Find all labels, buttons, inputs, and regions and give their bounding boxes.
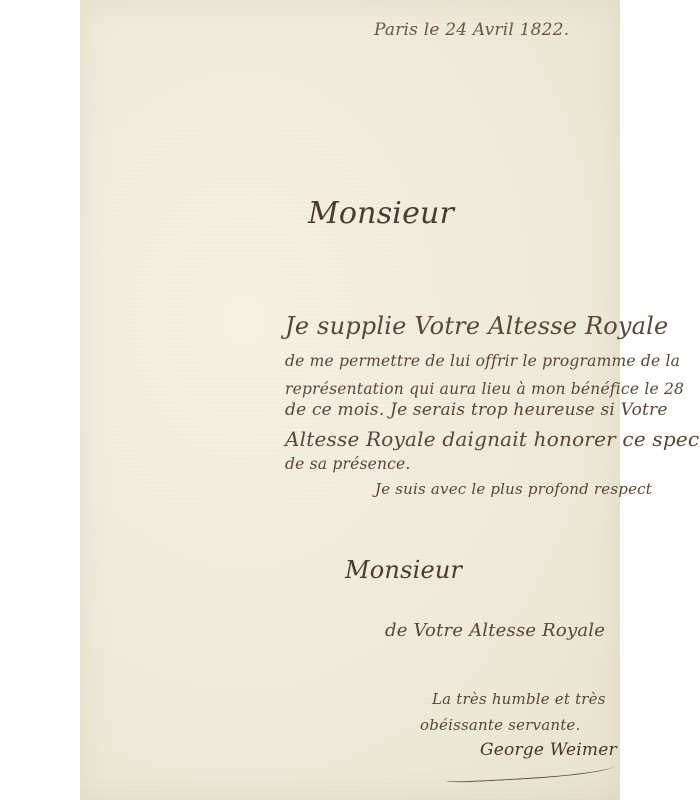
- signature-flourish: [445, 760, 616, 784]
- letter-paper: Paris le 24 Avril 1822. Monsieur Je supp…: [80, 0, 620, 800]
- body-line-2: de me permettre de lui offrir le program…: [285, 352, 680, 370]
- humble-line-1: La très humble et très: [432, 690, 606, 708]
- body-line-6: de sa présence.: [285, 455, 411, 473]
- salutation-repeat: Monsieur: [345, 556, 462, 584]
- humble-line-2: obéissante servante.: [420, 716, 580, 734]
- body-line-5: Altesse Royale daignait honorer ce spect…: [285, 427, 700, 451]
- salutation: Monsieur: [308, 196, 454, 231]
- signature: George Weimer: [480, 740, 617, 760]
- body-line-3: représentation qui aura lieu à mon bénéf…: [285, 380, 684, 398]
- address-line: de Votre Altesse Royale: [385, 620, 605, 641]
- closing-line: Je suis avec le plus profond respect: [375, 480, 652, 498]
- body-line-4: de ce mois. Je serais trop heureuse si V…: [285, 400, 668, 420]
- date-line: Paris le 24 Avril 1822.: [374, 20, 569, 40]
- body-line-1: Je supplie Votre Altesse Royale: [285, 312, 668, 340]
